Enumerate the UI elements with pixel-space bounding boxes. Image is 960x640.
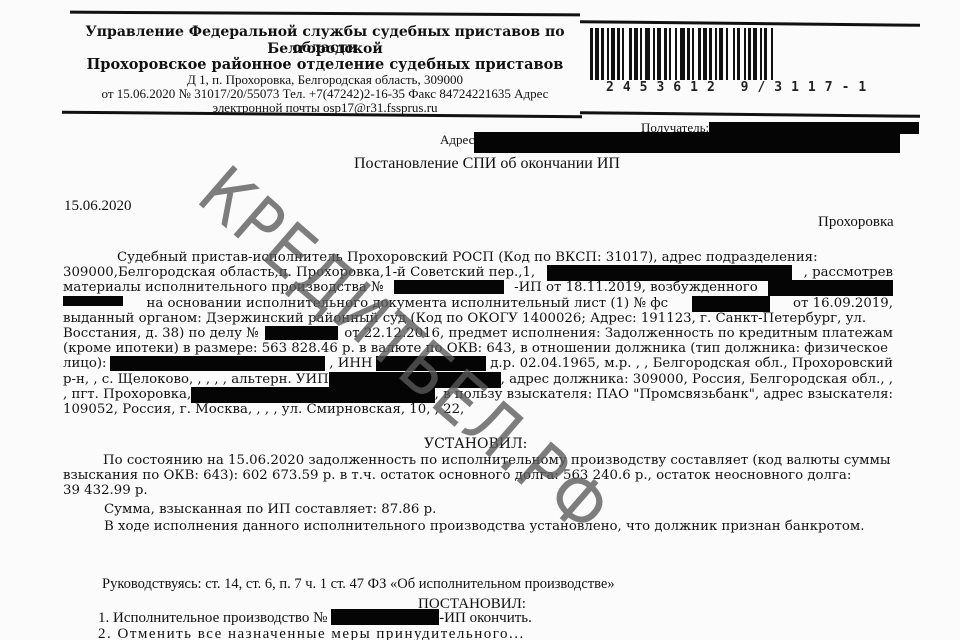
body-line: , пгт. Прохоровка, , в пользу взыскателя… [63, 387, 893, 402]
document-place: Прохоровка [818, 214, 894, 231]
redaction [63, 296, 123, 306]
redaction [376, 356, 486, 371]
body-paragraph: Судебный пристав-исполнитель Прохоровски… [63, 250, 893, 417]
body-text: 109052, Россия, г. Москва, , , , ул. Сми… [63, 402, 464, 417]
department-address: Д 1, п. Прохоровка, Белгородская область… [70, 72, 580, 87]
redaction [547, 265, 792, 281]
body-text: лицо): [63, 356, 107, 371]
body-text: , адрес должника: 309000, Россия, Белгор… [501, 372, 893, 387]
agency-name-cont: области [70, 40, 580, 57]
redaction [394, 280, 504, 294]
body-text: на основании исполнительного документа и… [146, 296, 668, 311]
redaction [329, 372, 501, 388]
redaction [191, 387, 434, 403]
body-text: -ИП от 18.11.2019, возбужденного [514, 280, 758, 295]
established-paragraph: По состоянию на 15.06.2020 задолженность… [63, 453, 893, 499]
redaction [110, 356, 325, 371]
barcode-number: 2453612 9/3117-1 [606, 80, 896, 95]
body-text: (кроме ипотеки) в размере: 563 828.46 р.… [63, 341, 888, 356]
department-contacts: от 15.06.2020 № 31017/20/55073 Тел. +7(4… [70, 86, 580, 101]
body-line: Судебный пристав-исполнитель Прохоровски… [63, 250, 893, 265]
body-line: на основании исполнительного документа и… [63, 296, 893, 311]
body-line: По состоянию на 15.06.2020 задолженность… [63, 453, 893, 468]
body-text: от 22.12.2016, предмет исполнения: Задол… [344, 326, 893, 341]
body-text: Судебный пристав-исполнитель Прохоровски… [117, 250, 818, 265]
barcode-bottom-rule [580, 111, 920, 118]
body-line: Восстания, д. 38) по делу № от 22.12.201… [63, 326, 893, 341]
resolution-text: -ИП окончить. [439, 610, 532, 626]
guided-by: Руководствуясь: ст. 14, ст. 6, п. 7 ч. 1… [102, 576, 615, 593]
redaction [331, 609, 439, 625]
body-text: Восстания, д. 38) по делу № [63, 326, 259, 341]
body-line: взыскания по ОКВ: 643): 602 673.59 р. в … [63, 468, 893, 483]
body-text: , рассмотрев [804, 265, 893, 280]
body-line: лицо): , ИНН д.р. 02.04.1965, м.р. , , Б… [63, 356, 893, 371]
body-text: от 16.09.2019, [793, 296, 893, 311]
body-text: , ИНН [329, 356, 372, 371]
redaction [768, 280, 893, 296]
bankrupt-note: В ходе исполнения данного исполнительног… [104, 519, 864, 534]
body-text: По состоянию на 15.06.2020 задолженность… [103, 453, 890, 468]
body-text: материалы исполнительного производства № [63, 280, 384, 295]
body-text: д.р. 02.04.1965, м.р. , , Белгородская о… [490, 356, 893, 371]
header-top-rule [70, 11, 580, 17]
barcode [590, 28, 920, 80]
body-text: р-н, , с. Щелоково, , , , , альтерн. УИП [63, 372, 329, 387]
resolution-item: 2. Отменить все назначенные меры принуди… [98, 626, 525, 640]
department-name: Прохоровское районное отделение судебных… [70, 56, 580, 73]
redaction [265, 326, 339, 340]
address-redaction [474, 132, 900, 153]
document-date: 15.06.2020 [64, 198, 132, 215]
resolution-text: 1. Исполнительное производство № [98, 610, 327, 626]
body-text: выданный органом: Дзержинский районный с… [63, 311, 866, 326]
body-text: взыскания по ОКВ: 643): 602 673.59 р. в … [63, 468, 851, 483]
body-text: , пгт. Прохоровка, [63, 387, 191, 402]
resolution-text: 2. Отменить все назначенные меры принуди… [98, 626, 525, 640]
redaction [692, 296, 770, 312]
barcode-top-rule [580, 20, 920, 27]
collected-sum: Сумма, взысканная по ИП составляет: 87.8… [104, 502, 436, 517]
established-heading: УСТАНОВИЛ: [424, 436, 527, 452]
body-line: 309000,Белгородская область,п. Прохоровк… [63, 265, 893, 280]
body-text: 309000,Белгородская область,п. Прохоровк… [63, 265, 535, 280]
body-line: выданный органом: Дзержинский районный с… [63, 311, 893, 326]
resolution-item: 1. Исполнительное производство № -ИП око… [98, 609, 532, 627]
body-text: , в пользу взыскателя: ПАО "Промсвязьбан… [435, 387, 893, 402]
address-label: Адрес: [440, 132, 478, 148]
body-line: (кроме ипотеки) в размере: 563 828.46 р.… [63, 341, 893, 356]
body-line: 39 432.99 р. [63, 483, 893, 498]
body-line: р-н, , с. Щелоково, , , , , альтерн. УИП… [63, 372, 893, 387]
document-title: Постановление СПИ об окончании ИП [354, 155, 620, 173]
body-line: материалы исполнительного производства №… [63, 280, 893, 295]
body-text: 39 432.99 р. [63, 483, 148, 498]
body-line: 109052, Россия, г. Москва, , , , ул. Сми… [63, 402, 893, 417]
